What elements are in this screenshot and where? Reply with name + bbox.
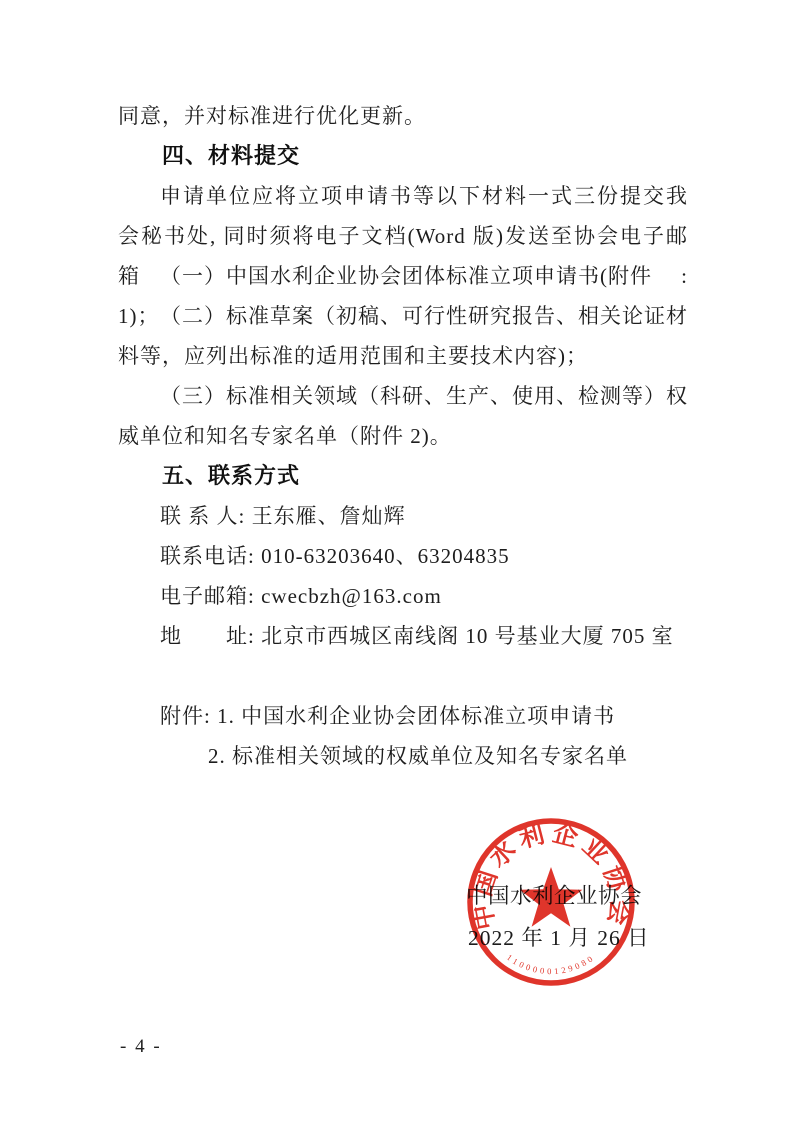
- list-item-2-line-1: （二）标准草案（初稿、可行性研究报告、相关论证材: [118, 296, 688, 336]
- section-heading-material-submission: 四、材料提交: [118, 136, 688, 176]
- attachment-line-1: 附件: 1. 中国水利企业协会团体标准立项申请书: [118, 696, 688, 736]
- list-item-3-line-1: （三）标准相关领域（科研、生产、使用、检测等）权: [118, 376, 688, 416]
- list-item-2-line-2: 料等，应列出标准的适用范围和主要技术内容)；: [118, 336, 688, 376]
- contact-email-line: 电子邮箱: cwecbzh@163.com: [118, 576, 688, 616]
- contact-phone-line: 联系电话: 010-63203640、63204835: [118, 536, 688, 576]
- paragraph-material-line-2: 会秘书处, 同时须将电子文档(Word 版)发送至协会电子邮箱:: [118, 216, 688, 256]
- contact-address-line: 地 址: 北京市西城区南线阁 10 号基业大厦 705 室: [118, 616, 688, 656]
- svg-text:1100000129080: 1100000129080: [505, 952, 597, 976]
- seal-serial-number: 1100000129080: [505, 952, 597, 976]
- document-body: 同意，并对标准进行优化更新。 四、材料提交 申请单位应将立项申请书等以下材料一式…: [118, 96, 688, 776]
- contact-person-line: 联 系 人: 王东雁、詹灿辉: [118, 496, 688, 536]
- document-page: 同意，并对标准进行优化更新。 四、材料提交 申请单位应将立项申请书等以下材料一式…: [0, 0, 800, 1131]
- list-item-1: （一）中国水利企业协会团体标准立项申请书(附件 1)；: [118, 256, 688, 296]
- blank-line: [118, 656, 688, 696]
- page-number: - 4 -: [120, 1036, 162, 1058]
- official-seal-icon: 中国水利企业协会 1100000129080: [465, 816, 637, 988]
- paragraph-continuation: 同意，并对标准进行优化更新。: [118, 96, 688, 136]
- section-heading-contact: 五、联系方式: [118, 456, 688, 496]
- seal-star-icon: [520, 867, 583, 927]
- attachment-line-2: 2. 标准相关领域的权威单位及知名专家名单: [118, 736, 688, 776]
- list-item-3-line-2: 威单位和知名专家名单（附件 2)。: [118, 416, 688, 456]
- paragraph-material-line-1: 申请单位应将立项申请书等以下材料一式三份提交我: [118, 176, 688, 216]
